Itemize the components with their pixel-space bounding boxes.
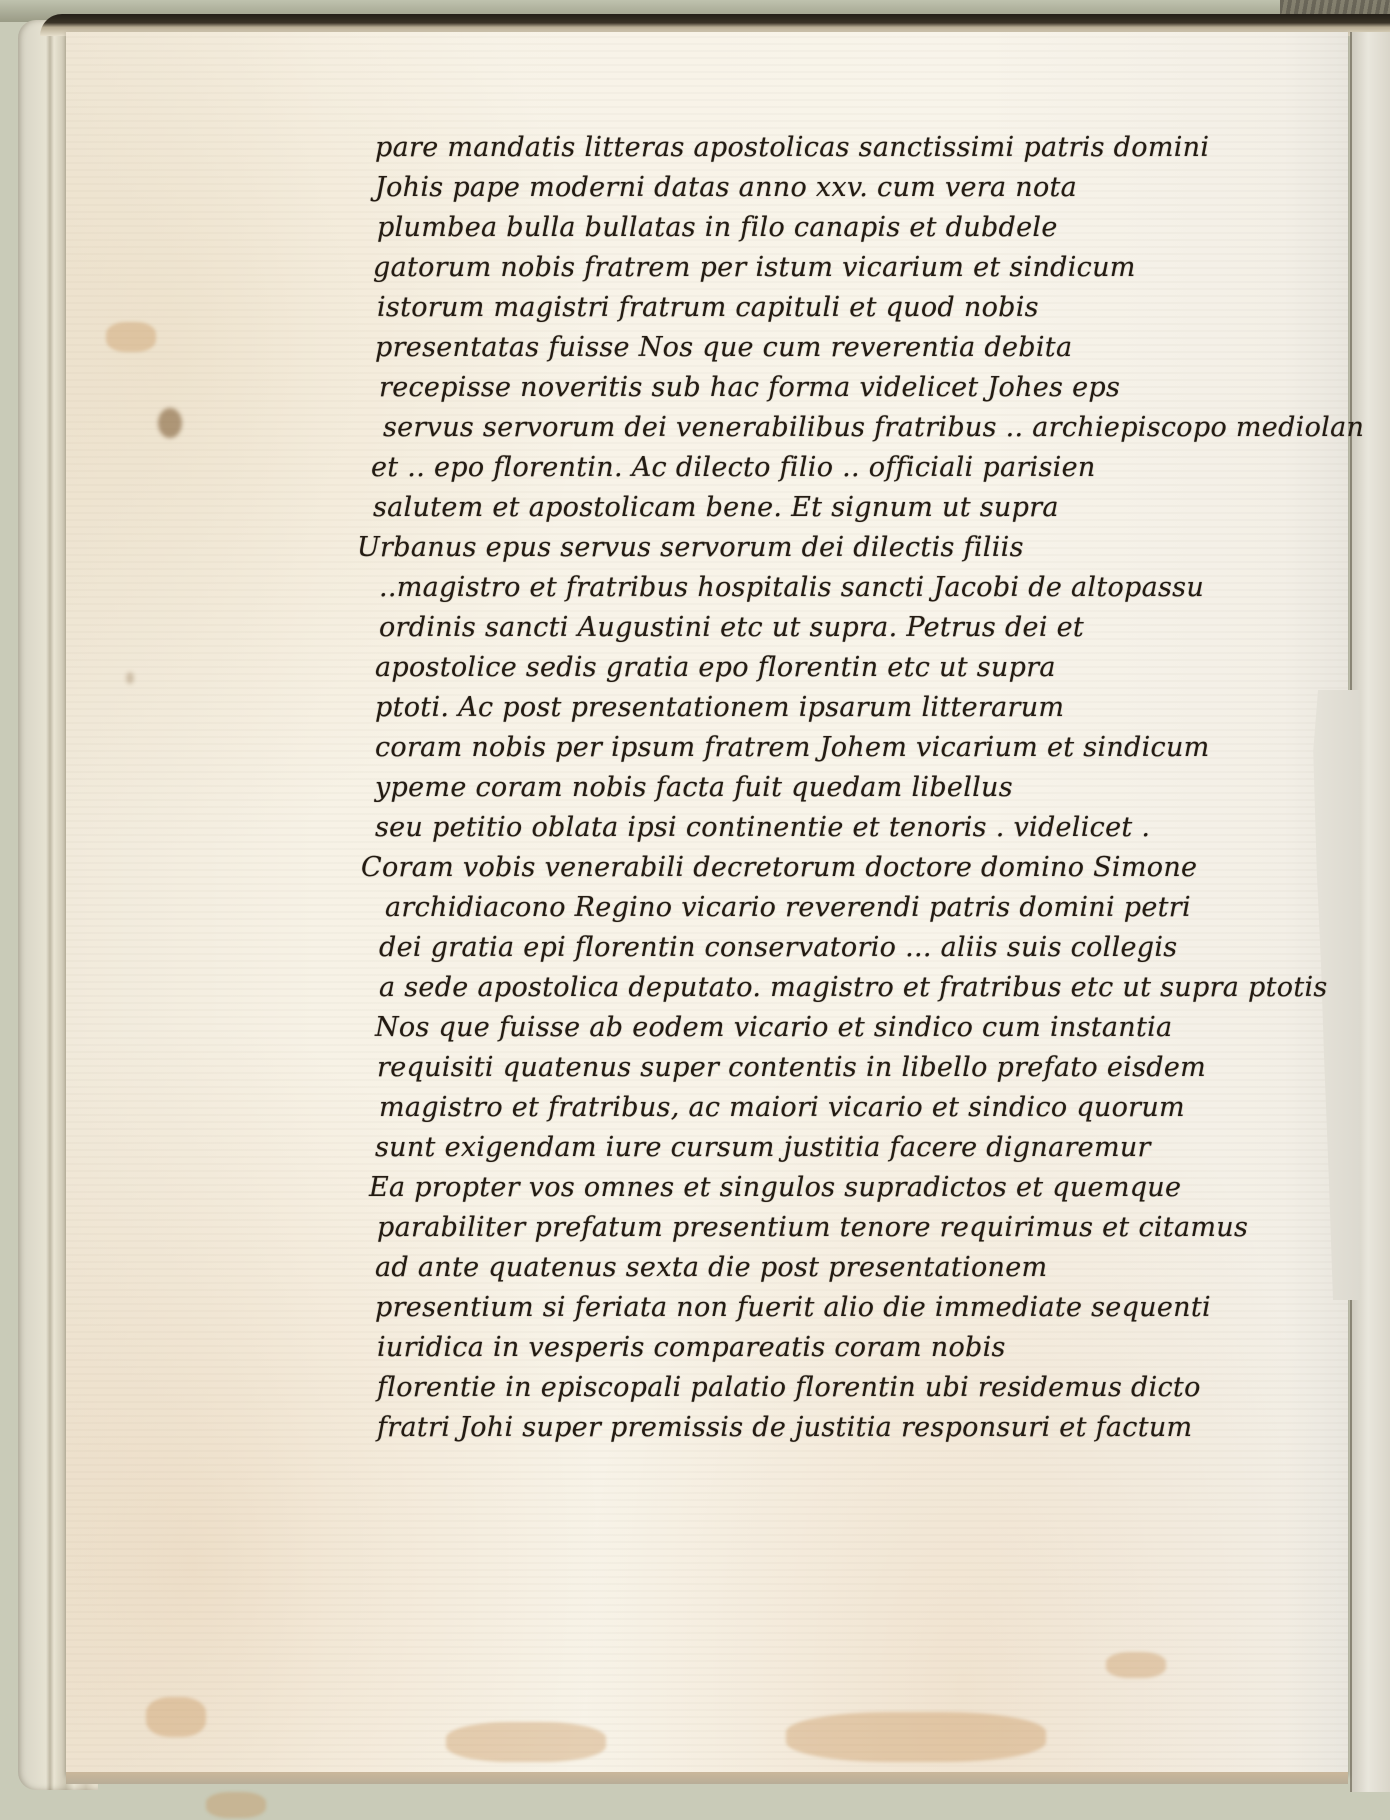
text-line: ..magistro et fratribus hospitalis sanct… — [379, 568, 1265, 608]
text-line: parabiliter prefatum presentium tenore r… — [377, 1208, 1265, 1248]
text-line: sunt exigendam iure cursum justitia face… — [375, 1128, 1265, 1168]
text-line: seu petitio oblata ipsi continentie et t… — [375, 808, 1265, 848]
foxing-spot — [446, 1722, 606, 1762]
text-line: Coram vobis venerabili decretorum doctor… — [361, 848, 1265, 888]
text-line: archidiacono Regino vicario reverendi pa… — [385, 888, 1265, 928]
foxing-spot — [106, 322, 156, 352]
text-line: plumbea bulla bullatas in filo canapis e… — [377, 208, 1265, 248]
foxing-spot — [146, 1697, 206, 1737]
text-line: Nos que fuisse ab eodem vicario et sindi… — [375, 1008, 1265, 1048]
text-line: pare mandatis litteras apostolicas sanct… — [375, 128, 1265, 168]
text-line: ordinis sancti Augustini etc ut supra. P… — [379, 608, 1265, 648]
text-line: gatorum nobis fratrem per istum vicarium… — [373, 248, 1265, 288]
text-line: ptoti. Ac post presentationem ipsarum li… — [375, 688, 1265, 728]
text-line: salutem et apostolicam bene. Et signum u… — [373, 488, 1265, 528]
text-line: florentie in episcopali palatio florenti… — [377, 1368, 1265, 1408]
text-line: coram nobis per ipsum fratrem Johem vica… — [375, 728, 1265, 768]
ink-stain — [158, 408, 182, 438]
foxing-spot — [1106, 1652, 1166, 1678]
text-line: requisiti quatenus super contentis in li… — [377, 1048, 1265, 1088]
text-line: Johis pape moderni datas anno xxv. cum v… — [375, 168, 1265, 208]
text-line: servus servorum dei venerabilibus fratri… — [383, 408, 1265, 448]
text-line: ypeme coram nobis facta fuit quedam libe… — [375, 768, 1265, 808]
text-line: recepisse noveritis sub hac forma videli… — [379, 368, 1265, 408]
text-line: fratri Johi super premissis de justitia … — [377, 1408, 1265, 1448]
text-line: istorum magistri fratrum capituli et quo… — [377, 288, 1265, 328]
leaf-bottom-edge — [66, 1772, 1348, 1784]
foxing-spot — [206, 1792, 266, 1818]
text-line: et .. epo florentin. Ac dilecto filio ..… — [371, 448, 1265, 488]
foxing-spot — [786, 1712, 1046, 1762]
text-line: iuridica in vesperis compareatis coram n… — [377, 1328, 1265, 1368]
text-line: presentium si feriata non fuerit alio di… — [375, 1288, 1265, 1328]
ink-stain — [126, 672, 134, 684]
manuscript-text: pare mandatis litteras apostolicas sanct… — [365, 128, 1265, 1448]
text-line: a sede apostolica deputato. magistro et … — [379, 968, 1265, 1008]
text-line: dei gratia epi florentin conservatorio .… — [379, 928, 1265, 968]
text-line: Ea propter vos omnes et singulos supradi… — [369, 1168, 1265, 1208]
text-line: ad ante quatenus sexta die post presenta… — [375, 1248, 1265, 1288]
text-line: Urbanus epus servus servorum dei dilecti… — [357, 528, 1265, 568]
text-line: presentatas fuisse Nos que cum reverenti… — [375, 328, 1265, 368]
text-line: apostolice sedis gratia epo florentin et… — [375, 648, 1265, 688]
text-line: magistro et fratribus, ac maiori vicario… — [379, 1088, 1265, 1128]
